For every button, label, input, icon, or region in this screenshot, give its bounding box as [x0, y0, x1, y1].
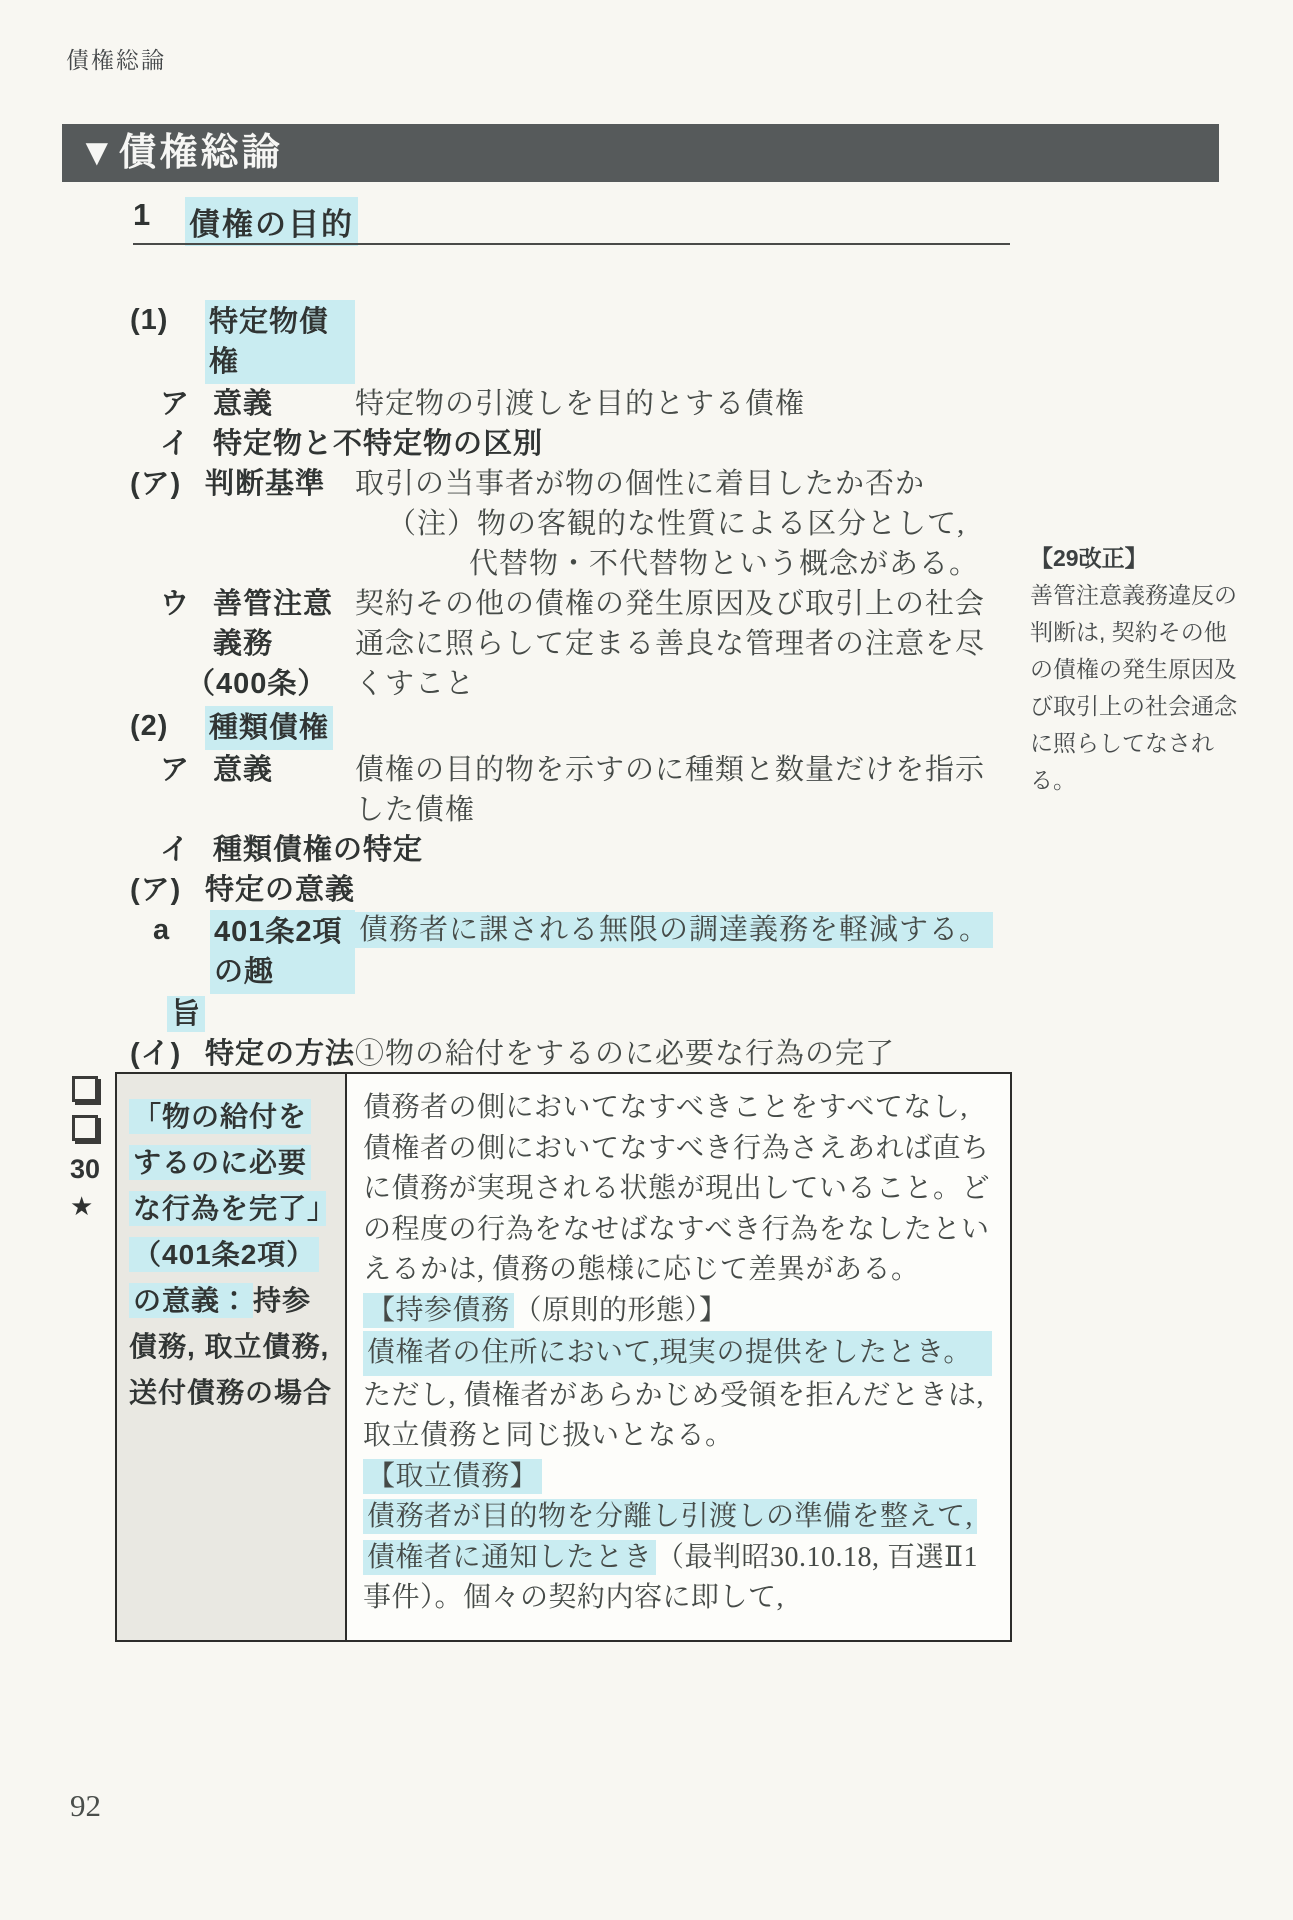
chapter-heading: 1 債権の目的 [133, 197, 358, 246]
outline-row-tokutei-igi: (ア) 特定の意義 [130, 870, 1012, 910]
item-label: 意義 [213, 750, 273, 790]
item-prefix: (ア) [130, 464, 205, 504]
table-left-cell: 「物の給付をするのに必要な行為を完了」（401条2項）の意義：持参債務, 取立債… [117, 1074, 347, 1640]
table-subheading: 【持参債務（原則的形態）】 [363, 1291, 992, 1332]
content-line: 代替物・不代替物という概念がある。 [355, 544, 1012, 584]
item-prefix: (イ) [130, 1034, 205, 1074]
outline-row-igi1: ア 意義 特定物の引渡しを目的とする債権 [130, 384, 1012, 424]
outline-row-igi2: ア 意義 債権の目的物を示すのに種類と数量だけを指示した債権 [130, 750, 1012, 830]
left-cell-highlight: の意義： [129, 1283, 253, 1318]
outline-row-kubetsu: イ 特定物と不特定物の区別 [130, 424, 1012, 464]
outline-heading-2: (2) 種類債権 [130, 706, 1012, 750]
item-prefix: (ア) [130, 870, 205, 910]
item-prefix: a [130, 910, 210, 994]
banner-title: ▼債権総論 [62, 124, 1219, 182]
subheading-highlight: 【持参債務 [363, 1293, 514, 1328]
book-page: 債権総論 ▼債権総論 1 債権の目的 (1) 特定物債権 ア 意義 特定物の引渡… [0, 0, 1293, 1920]
table-paragraph: 債務者が目的物を分離し引渡しの準備を整えて, 債権者に通知したとき（最判昭30.… [363, 1497, 992, 1619]
item-content: 契約その他の債権の発生原因及び取引上の社会通念に照らして定まる善良な管理者の注意… [355, 584, 1012, 704]
item-prefix: ア [130, 384, 213, 424]
outline-row-zenkan: ウ 善管注意義務 （400条） 契約その他の債権の発生原因及び取引上の社会通念に… [130, 584, 1012, 704]
running-head: 債権総論 [66, 42, 166, 75]
outline-row-handan: (ア) 判断基準 取引の当事者が物の個性に着目したか否か （注）物の客観的な性質… [130, 464, 1012, 584]
chapter-number: 1 [133, 197, 185, 246]
heading-rule [133, 243, 1010, 245]
memo-table: 「物の給付をするのに必要な行為を完了」（401条2項）の意義：持参債務, 取立債… [115, 1072, 1012, 1642]
item-content: 債務者に課される無限の調達義務を軽減する。 [355, 912, 993, 948]
item-number: (2) [130, 706, 205, 750]
subheading-rest: （原則的形態）】 [514, 1295, 728, 1326]
item-prefix: イ [130, 830, 213, 870]
item-label: 特定物と不特定物の区別 [213, 424, 543, 464]
item-prefix: ウ [130, 584, 213, 664]
margin-note-tag: 【29改正】 [1030, 540, 1238, 577]
checkbox-icon [72, 1115, 98, 1141]
item-prefix: イ [130, 424, 213, 464]
item-content: 特定物の引渡しを目的とする債権 [355, 384, 1012, 424]
section-banner: ▼債権総論 [62, 124, 1219, 182]
sidebar-markers: 30 ★ [70, 1076, 104, 1222]
table-subheading: 【取立債務】 [363, 1457, 992, 1498]
item-label: 善管注意義務 [213, 584, 355, 664]
star-icon: ★ [70, 1191, 104, 1222]
content-line: （注）物の客観的な性質による区分として, [355, 504, 1012, 544]
outline-heading-1: (1) 特定物債権 [130, 300, 1012, 384]
table-right-cell: 債務者の側においてなすべきことをすべてなし, 債権者の側においてなすべき行為さえ… [347, 1074, 1010, 1640]
item-label: 特定の意義 [205, 870, 355, 910]
memo-number: 30 [70, 1154, 104, 1185]
item-label: 特定の方法 [205, 1034, 355, 1074]
page-number: 92 [70, 1788, 101, 1824]
item-label: 意義 [213, 384, 273, 424]
content-line: 取引の当事者が物の個性に着目したか否か [355, 464, 1012, 504]
margin-note-body: 善管注意義務違反の判断は, 契約その他の債権の発生原因及び取引上の社会通念に照ら… [1030, 577, 1238, 799]
item-label-article: （400条） [130, 664, 355, 704]
outline: (1) 特定物債権 ア 意義 特定物の引渡しを目的とする債権 イ 特定物と不特定… [130, 300, 1012, 1154]
chapter-title: 債権の目的 [185, 197, 358, 246]
item-label: 401条2項の趣 [210, 910, 355, 994]
item-label: 種類債権の特定 [213, 830, 423, 870]
paragraph-highlight: 債権者の住所において,現実の提供をしたとき。 [363, 1331, 992, 1376]
outline-row-shushi: a 401条2項の趣 旨 債務者に課される無限の調達義務を軽減する。 [130, 910, 1012, 1034]
table-paragraph: 債務者の側においてなすべきことをすべてなし, 債権者の側においてなすべき行為さえ… [363, 1088, 992, 1291]
subheading-highlight: 【取立債務】 [363, 1459, 542, 1494]
content-line-underlined: ①物の給付をするのに必要な行為の完了 [355, 1038, 895, 1075]
checkbox-icon [72, 1076, 98, 1102]
item-title: 種類債権 [205, 706, 333, 750]
outline-row-tokutei: イ 種類債権の特定 [130, 830, 1012, 870]
item-content: 債権の目的物を示すのに種類と数量だけを指示した債権 [355, 750, 1012, 830]
item-prefix: ア [130, 750, 213, 790]
paragraph-text: ただし, 債権者があらかじめ受領を拒んだときは, 取立債務と同じ扱いとなる。 [363, 1380, 984, 1452]
left-cell-highlight: 「物の給付をするのに必要な行為を完了」（401条2項） [129, 1099, 326, 1272]
item-label-wrap: 旨 [167, 996, 205, 1032]
margin-note: 【29改正】 善管注意義務違反の判断は, 契約その他の債権の発生原因及び取引上の… [1030, 540, 1238, 799]
item-title: 特定物債権 [205, 300, 355, 384]
table-paragraph: 債権者の住所において,現実の提供をしたとき。ただし, 債権者があらかじめ受領を拒… [363, 1331, 992, 1457]
item-label: 判断基準 [205, 464, 325, 504]
item-number: (1) [130, 300, 205, 384]
